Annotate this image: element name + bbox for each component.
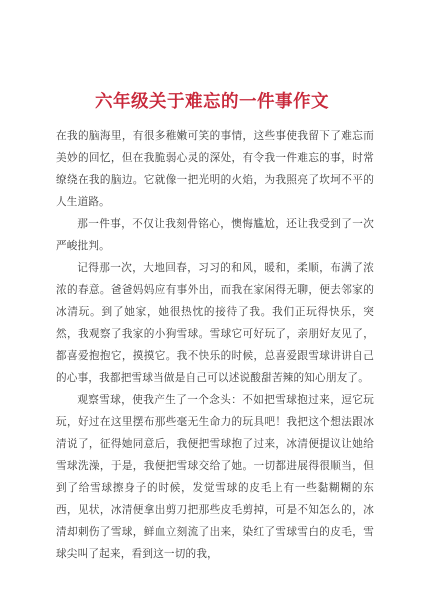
document-page: 六年级关于难忘的一件事作文 在我的脑海里，有很多稚嫩可笑的事情，这些事使我留下了…	[0, 0, 424, 600]
paragraph-event: 那一件事，不仅让我刻骨铭心，懊悔尴尬，还让我受到了一次严峻批判。	[56, 213, 374, 257]
paragraph-snowball: 观察雪球，使我产生了一个念头：不如把雪球抱过来，逗它玩玩，好过在这里摆布那些毫无…	[56, 389, 374, 565]
document-body: 在我的脑海里，有很多稚嫩可笑的事情，这些事使我留下了难忘而美妙的回忆，但在我脆弱…	[56, 125, 374, 565]
paragraph-intro: 在我的脑海里，有很多稚嫩可笑的事情，这些事使我留下了难忘而美妙的回忆，但在我脆弱…	[56, 125, 374, 213]
document-title: 六年级关于难忘的一件事作文	[0, 90, 424, 114]
paragraph-memory: 记得那一次，大地回春，习习的和风，暖和，柔顺，布满了浓浓的春意。爸爸妈妈应有事外…	[56, 257, 374, 389]
